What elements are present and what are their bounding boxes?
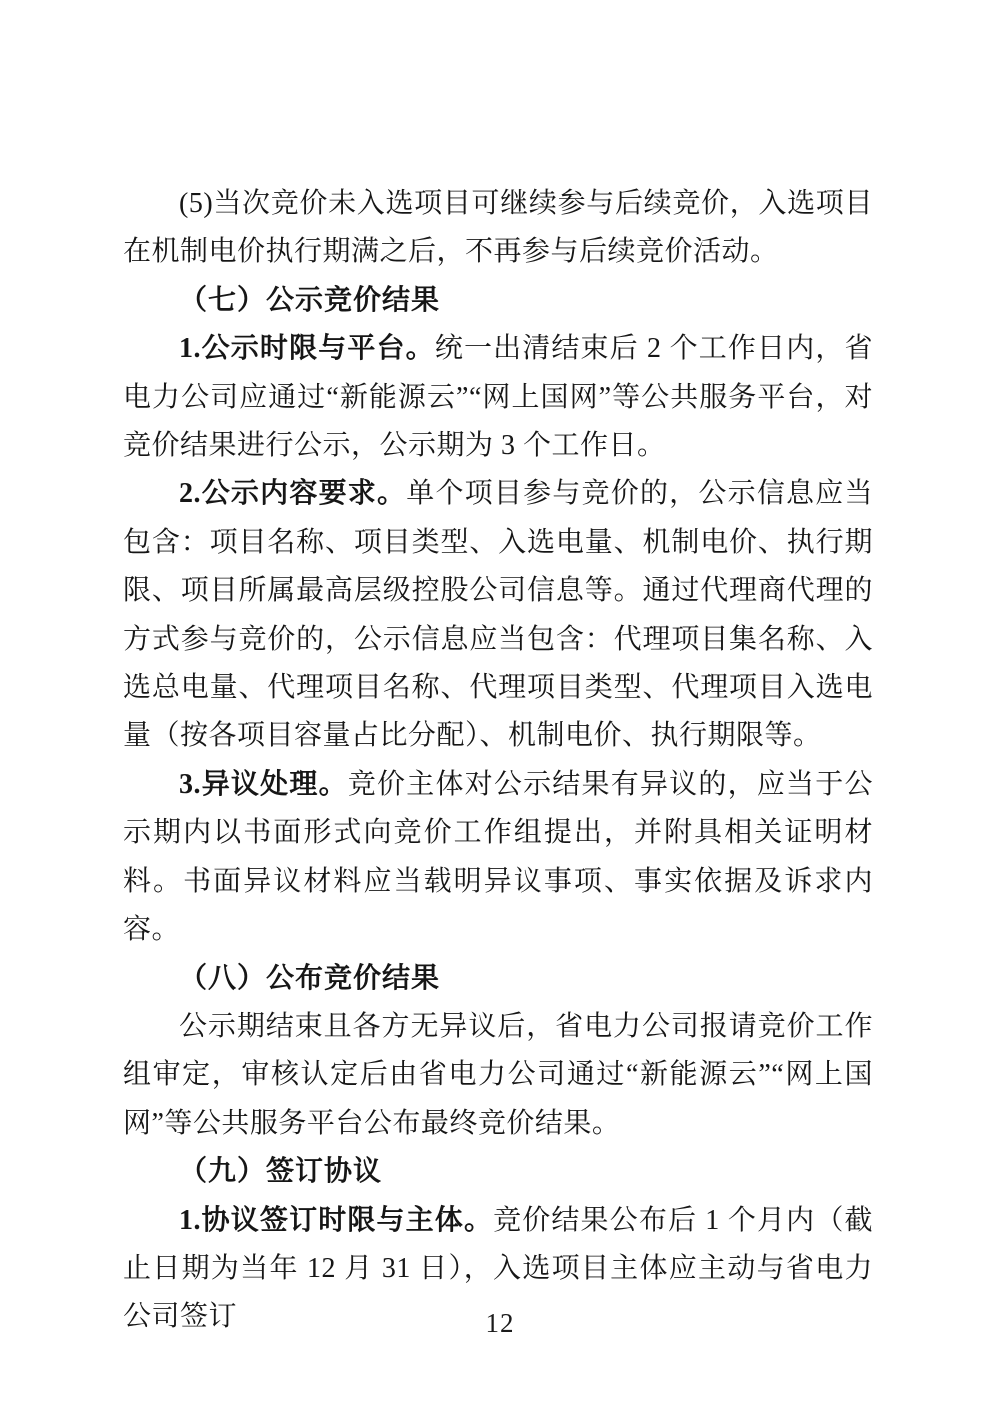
paragraph-text: (5)当次竞价未入选项目可继续参与后续竞价，入选项目在机制电价执行期满之后，不再… <box>123 188 873 267</box>
section-heading-8: （八）公布竞价结果 <box>123 955 873 1003</box>
section-heading-text: （八）公布竞价结果 <box>179 963 440 994</box>
section-heading-text: （九）签订协议 <box>179 1156 382 1187</box>
paragraph-publicity-period: 1.公示时限与平台。统一出清结束后 2 个工作日内，省电力公司应通过“新能源云”… <box>123 325 873 470</box>
document-page: (5)当次竞价未入选项目可继续参与后续竞价，入选项目在机制电价执行期满之后，不再… <box>0 0 1000 1414</box>
paragraph-lead: 1.协议签订时限与主体。 <box>179 1205 493 1236</box>
page-number: 12 <box>0 1308 1000 1339</box>
paragraph-lead: 3.异议处理。 <box>179 769 348 800</box>
paragraph-text: 单个项目参与竞价的，公示信息应当包含：项目名称、项目类型、入选电量、机制电价、执… <box>123 478 873 751</box>
paragraph-text: 公示期结束且各方无异议后，省电力公司报请竞价工作组审定，审核认定后由省电力公司通… <box>123 1011 873 1139</box>
paragraph-publicity-content: 2.公示内容要求。单个项目参与竞价的，公示信息应当包含：项目名称、项目类型、入选… <box>123 470 873 760</box>
paragraph-announce-results: 公示期结束且各方无异议后，省电力公司报请竞价工作组审定，审核认定后由省电力公司通… <box>123 1003 873 1148</box>
paragraph-objection-handling: 3.异议处理。竞价主体对公示结果有异议的，应当于公示期内以书面形式向竞价工作组提… <box>123 761 873 955</box>
paragraph-lead: 2.公示内容要求。 <box>179 478 406 509</box>
document-body: (5)当次竞价未入选项目可继续参与后续竞价，入选项目在机制电价执行期满之后，不再… <box>123 180 873 1342</box>
section-heading-9: （九）签订协议 <box>123 1148 873 1196</box>
section-heading-7: （七）公示竞价结果 <box>123 277 873 325</box>
paragraph-item-5: (5)当次竞价未入选项目可继续参与后续竞价，入选项目在机制电价执行期满之后，不再… <box>123 180 873 277</box>
paragraph-lead: 1.公示时限与平台。 <box>179 333 435 364</box>
section-heading-text: （七）公示竞价结果 <box>179 285 440 316</box>
